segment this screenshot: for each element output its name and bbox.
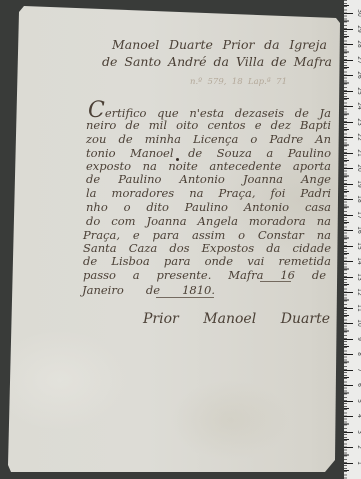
ruler-label: 6	[355, 379, 361, 391]
ruler-label: 12	[355, 286, 361, 298]
ruler-label: 30	[355, 7, 361, 19]
ruler-label: 19	[355, 178, 361, 190]
ruler-cm-tick	[344, 463, 353, 464]
ruler-cm-tick	[344, 184, 353, 185]
ruler-label: 22	[355, 131, 361, 143]
ruler: 3029282726252423222120191817161514131211…	[344, 0, 361, 479]
ruler-label: 4	[355, 410, 361, 422]
ruler-label: 5	[355, 395, 361, 407]
header-line-1: Manoel Duarte Prior da Igreja	[112, 36, 327, 54]
ruler-label: 29	[355, 23, 361, 35]
ruler-label: 8	[355, 348, 361, 360]
ruler-cm-tick	[344, 308, 353, 309]
ruler-cm-tick	[344, 137, 353, 138]
ruler-label: 9	[355, 333, 361, 345]
ruler-cm-tick	[344, 401, 353, 402]
ruler-label: 27	[355, 54, 361, 66]
ruler-cm-tick	[344, 168, 353, 169]
ruler-label: 25	[355, 85, 361, 97]
ruler-cm-tick	[344, 246, 353, 247]
ink-blot	[176, 158, 179, 161]
ruler-cm-tick	[344, 60, 353, 61]
archive-note: n.º 579, 18 Lap.ª 71	[190, 76, 287, 88]
ruler-label: 14	[355, 255, 361, 267]
ruler-cm-tick	[344, 432, 353, 433]
ruler-cm-tick	[344, 292, 353, 293]
ruler-label: 2	[355, 441, 361, 453]
signature: Prior Manoel Duarte	[143, 309, 330, 329]
ruler-cm-tick	[344, 277, 353, 278]
ruler-label: 28	[355, 38, 361, 50]
ruler-cm-tick	[344, 370, 353, 371]
body-line: Janeiro de 1810.	[82, 282, 215, 298]
ruler-cm-tick	[344, 261, 353, 262]
ruler-cm-tick	[344, 215, 353, 216]
ruler-cm-tick	[344, 91, 353, 92]
underline-day	[260, 281, 291, 282]
ruler-label: 24	[355, 100, 361, 112]
ruler-label: 1	[355, 457, 361, 469]
ruler-label: 26	[355, 69, 361, 81]
ruler-cm-tick	[344, 153, 353, 154]
ruler-cm-tick	[344, 339, 353, 340]
ruler-cm-tick	[344, 447, 353, 448]
ruler-label: 18	[355, 193, 361, 205]
ruler-label: 7	[355, 364, 361, 376]
ruler-cm-tick	[344, 29, 353, 30]
ruler-cm-tick	[344, 75, 353, 76]
ruler-cm-tick	[344, 230, 353, 231]
ruler-half-cm-ticks	[344, 5, 349, 479]
ruler-label: 21	[355, 147, 361, 159]
ruler-label: 23	[355, 116, 361, 128]
ruler-cm-tick	[344, 106, 353, 107]
ruler-label: 10	[355, 317, 361, 329]
ruler-cm-tick	[344, 416, 353, 417]
ruler-cm-tick	[344, 385, 353, 386]
ruler-label: 17	[355, 209, 361, 221]
ruler-cm-tick	[344, 199, 353, 200]
ruler-cm-tick	[344, 13, 353, 14]
ruler-label: 11	[355, 302, 361, 314]
header-line-2: de Santo André da Villa de Mafra	[102, 53, 332, 71]
ruler-label: 13	[355, 271, 361, 283]
ruler-label: 15	[355, 240, 361, 252]
underline-year	[156, 297, 214, 298]
ruler-cm-tick	[344, 44, 353, 45]
ruler-label: 16	[355, 224, 361, 236]
ruler-cm-tick	[344, 354, 353, 355]
ruler-cm-tick	[344, 122, 353, 123]
ruler-cm-tick	[344, 323, 353, 324]
ruler-label: 20	[355, 162, 361, 174]
ruler-label: 3	[355, 426, 361, 438]
